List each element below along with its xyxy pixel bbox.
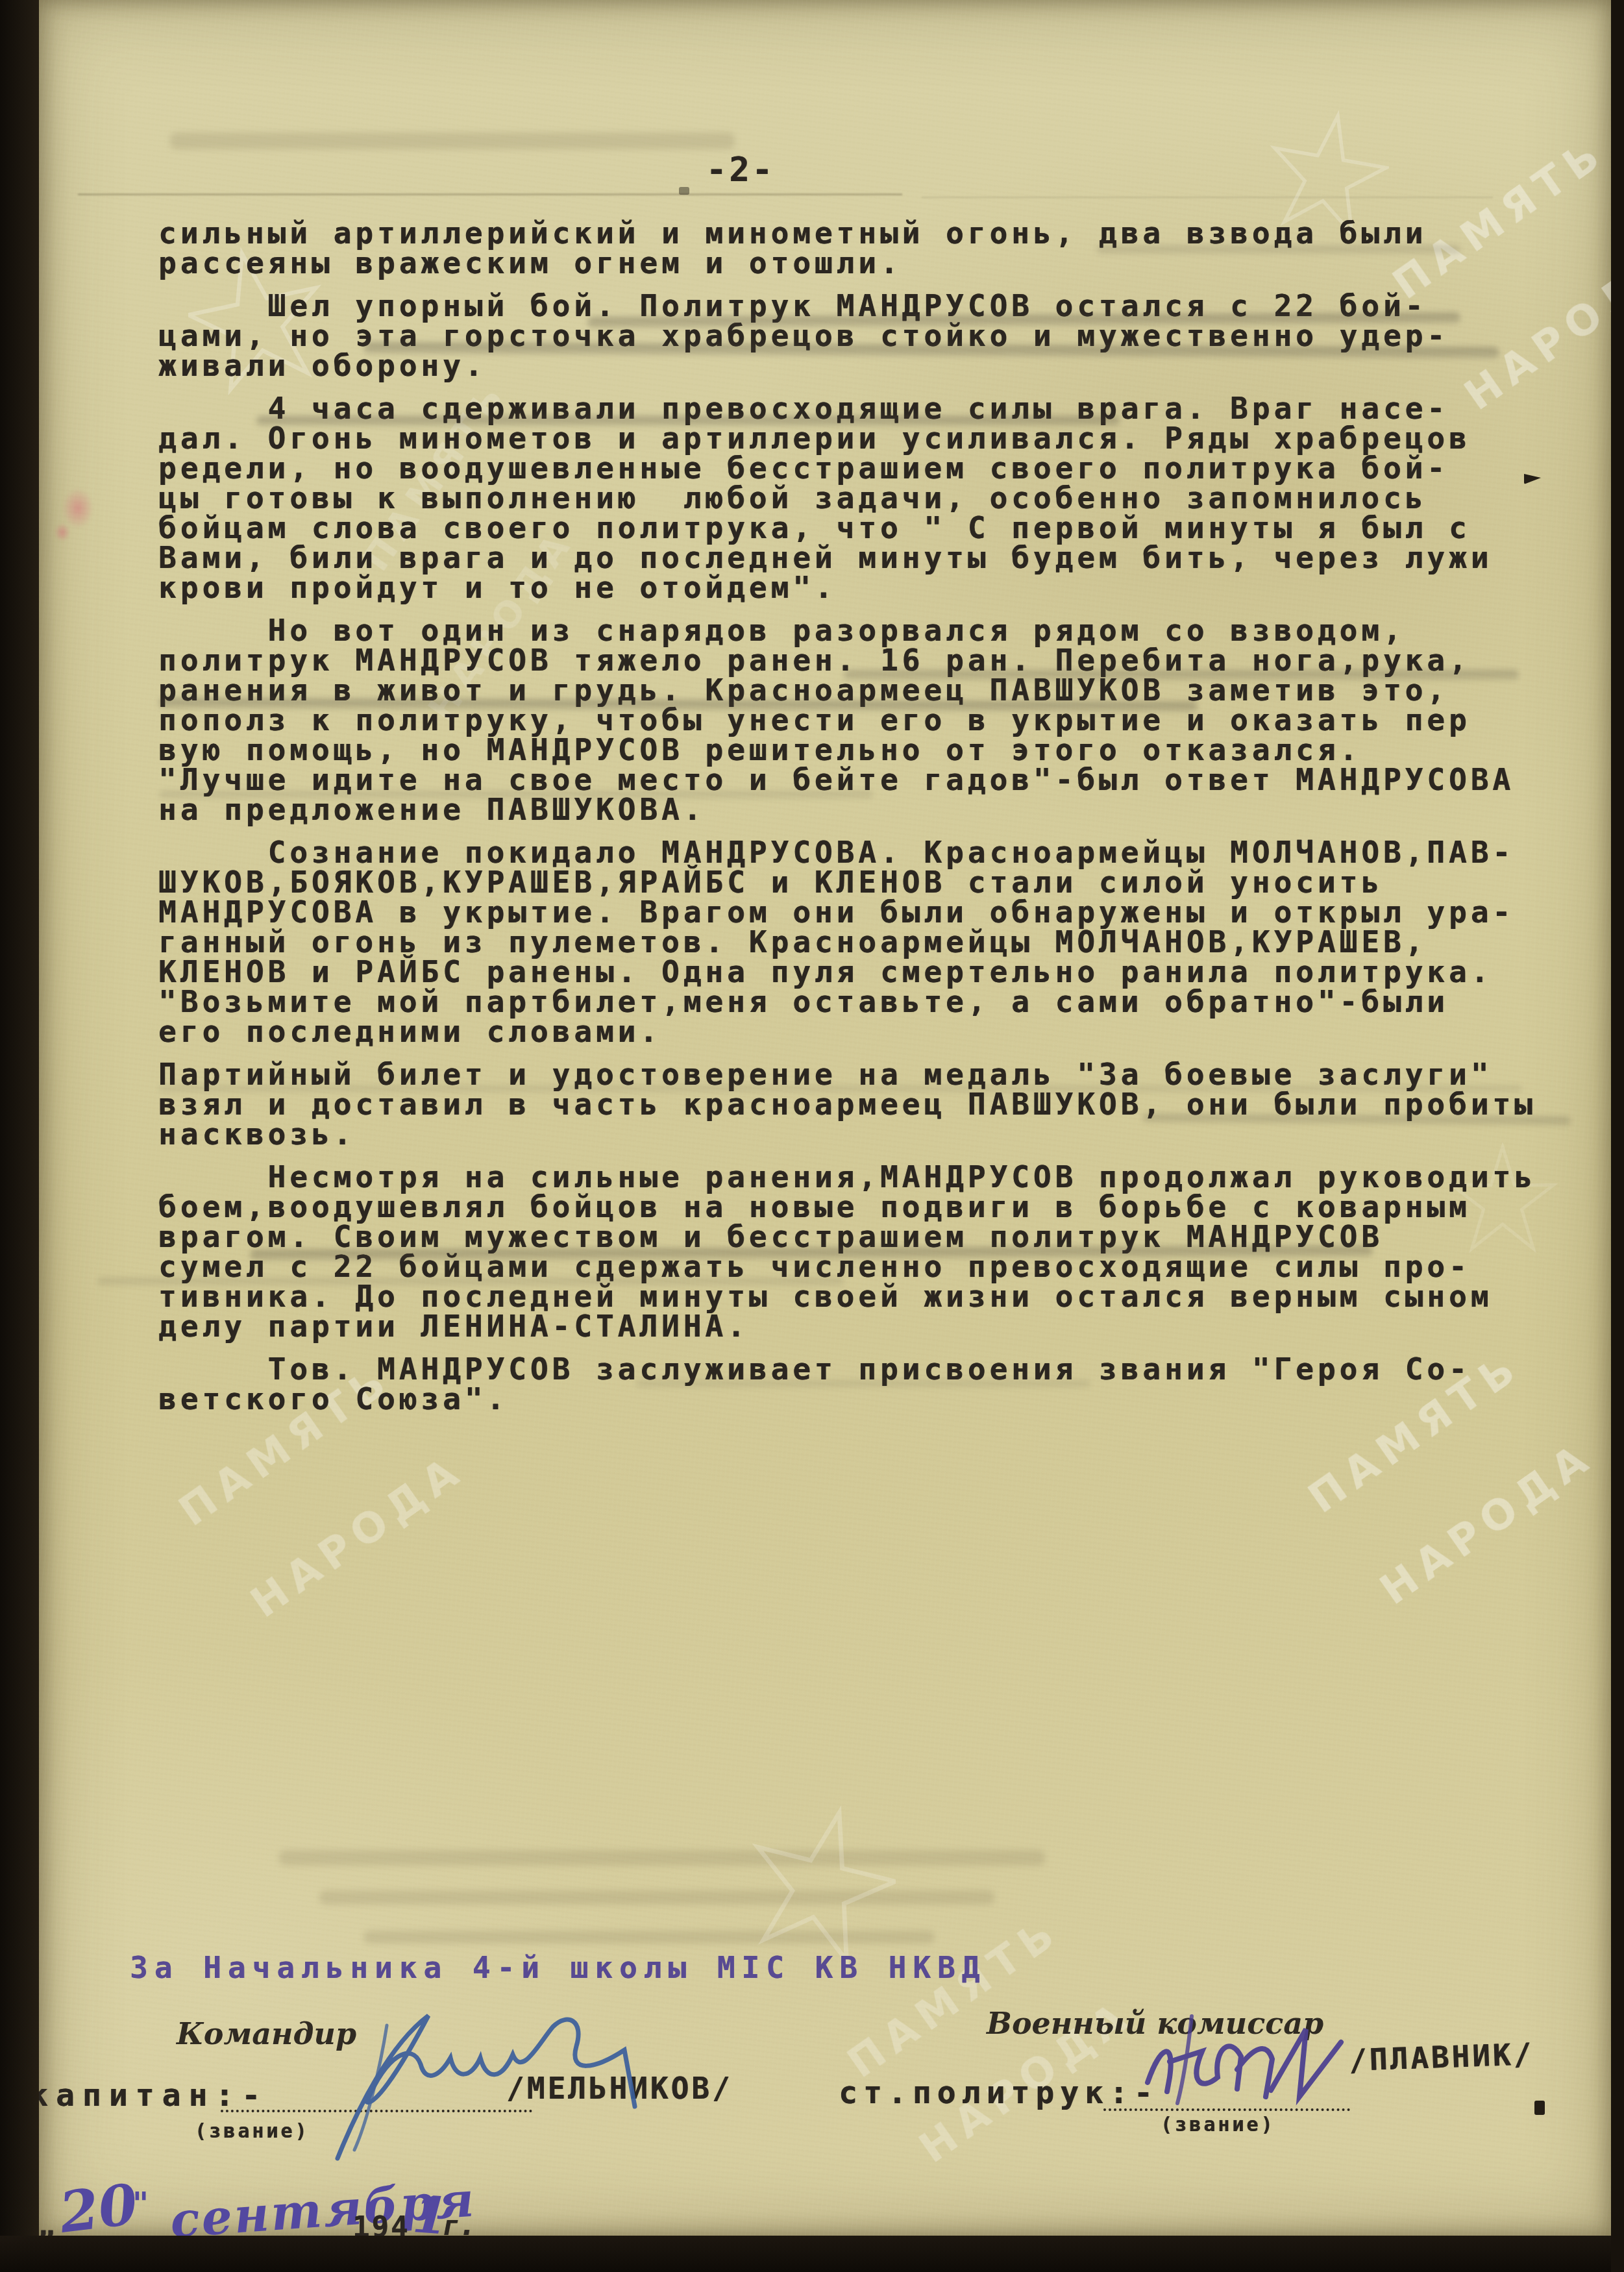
ink-stain xyxy=(62,488,93,528)
underline-smudge xyxy=(1097,245,1460,254)
commissar-rank-label: ст.политрук:- xyxy=(839,2075,1159,2111)
paragraph: Сознание покидало МАНДРУСОВА. Красноарме… xyxy=(158,837,1593,1046)
underline-smudge xyxy=(159,1085,1522,1093)
paragraph: Партийный билет и удостоверение на медал… xyxy=(158,1059,1593,1149)
page-number: -2- xyxy=(706,151,775,190)
bleed-through-text xyxy=(170,132,735,149)
commander-rank-label: капитан:- xyxy=(29,2077,268,2114)
underline-smudge xyxy=(636,1380,1090,1388)
paper-crease xyxy=(78,193,902,195)
handwritten-day: 20 xyxy=(56,2171,141,2246)
underline-smudge xyxy=(159,791,873,799)
document-body-text: сильный артиллерийский и минометный огон… xyxy=(158,218,1593,1414)
underline-smudge xyxy=(97,1278,844,1286)
paper-crease xyxy=(922,197,1493,198)
paragraph: Шел упорный бой. Политрук МАНДРУСОВ оста… xyxy=(158,291,1593,380)
ink-stain xyxy=(55,523,70,541)
commander-signature xyxy=(234,1986,662,2168)
paper-speck xyxy=(679,187,689,195)
scan-border-right xyxy=(1611,0,1624,2272)
commissar-signature xyxy=(1129,1999,1363,2123)
scan-border-left xyxy=(0,0,39,2272)
acting-chief-line: За Начальника 4-й школы МІС КВ НКВД xyxy=(130,1950,986,1985)
scan-border-bottom xyxy=(0,2236,1624,2272)
underline-smudge xyxy=(256,416,1120,426)
commissar-name-label: /ПЛАВНИК/ xyxy=(1348,2036,1534,2078)
scanned-document-page: ПАМЯТЬ НАРОДА ПАМЯТЬ НАРОДА ПАМЯТЬ НАРОД… xyxy=(0,0,1624,2272)
day-close-quote: " xyxy=(132,2186,149,2223)
watermark-star-icon xyxy=(746,1805,896,1967)
bleed-through-text xyxy=(279,1850,1045,1866)
paper-speck xyxy=(1534,2101,1545,2115)
underline-smudge xyxy=(844,670,1519,680)
